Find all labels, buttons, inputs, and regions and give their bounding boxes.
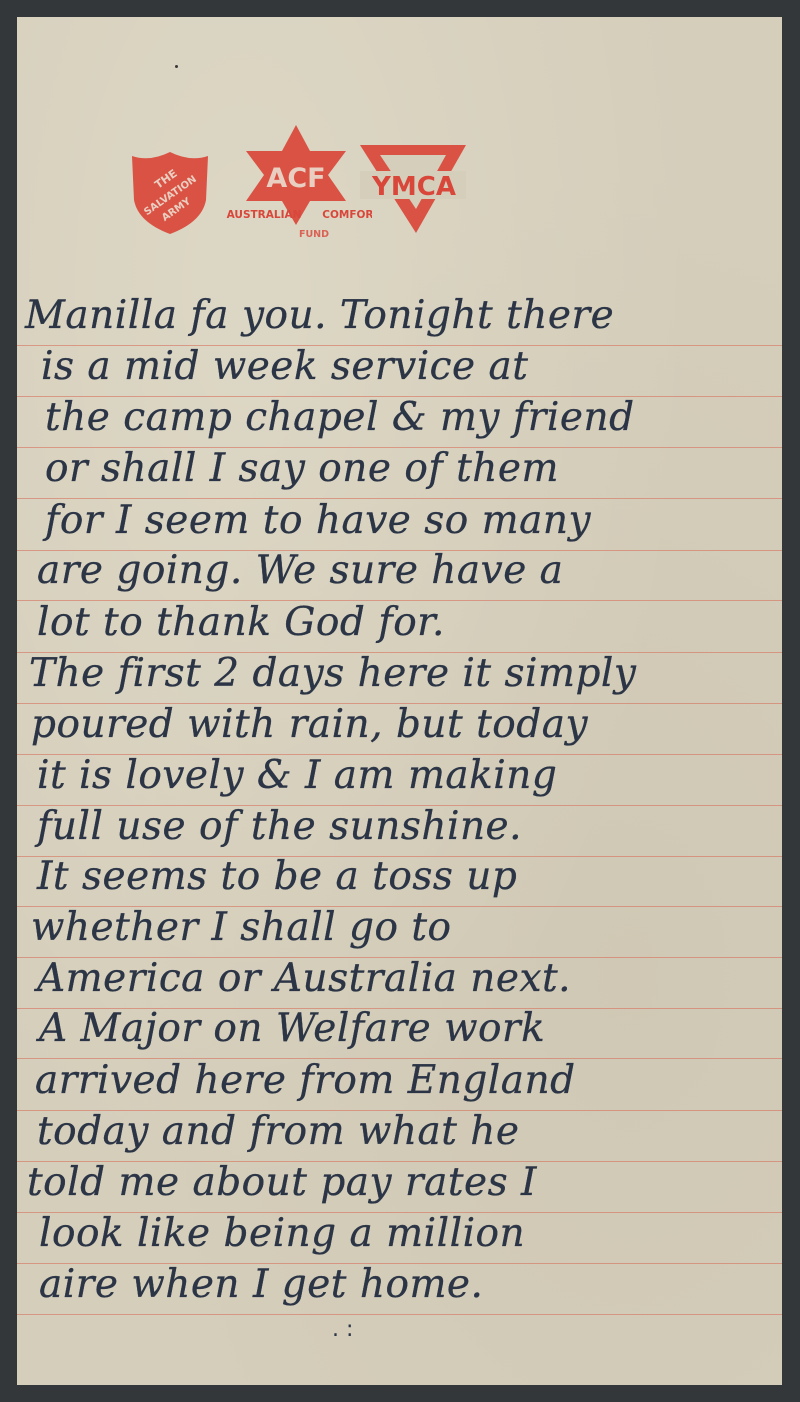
letter-line: look like being a million <box>17 1209 800 1259</box>
letter-line: A Major on Welfare work <box>17 1004 800 1054</box>
letter-line: today and from what he <box>17 1107 800 1157</box>
letter-line: The first 2 days here it simply <box>17 649 794 699</box>
ruled-line <box>17 1314 782 1315</box>
letter-line: whether I shall go to <box>17 903 796 953</box>
acf-star-icon: ACF AUSTRALIAN COMFORTS FUND <box>212 125 372 237</box>
letter-line: poured with rain, but today <box>17 700 796 750</box>
letter-line: or shall I say one of them <box>17 444 800 494</box>
letter-line: the camp chapel & my friend <box>17 393 800 443</box>
letter-line: are going. We sure have a <box>17 546 800 596</box>
letter-line: America or Australia next. <box>17 954 800 1004</box>
letter-line: lot to thank God for. <box>17 598 800 648</box>
letter-line: arrived here from England <box>17 1056 800 1106</box>
letterhead: THE SALVATION ARMY ACF AUSTRALIAN COMFOR… <box>17 17 782 257</box>
acf-bottom-text: FUND <box>299 229 329 237</box>
letter-line: it is lovely & I am making <box>17 751 800 801</box>
letter-line: is a mid week service at <box>17 342 800 392</box>
letter-line: told me about pay rates I <box>17 1158 792 1208</box>
acf-left-text: AUSTRALIAN <box>227 209 302 221</box>
letter-line: aire when I get home. <box>17 1260 800 1310</box>
letter-line: for I seem to have so many <box>17 496 800 546</box>
ymca-text: YMCA <box>371 172 456 202</box>
acf-abbr: ACF <box>266 163 325 194</box>
letter-line: Manilla fa you. Tonight there <box>17 291 790 341</box>
letter-page: THE SALVATION ARMY ACF AUSTRALIAN COMFOR… <box>17 17 782 1385</box>
ymca-triangle-icon: YMCA <box>360 145 466 235</box>
letter-line: It seems to be a toss up <box>17 852 800 902</box>
salvation-army-shield-icon: THE SALVATION ARMY <box>128 150 212 236</box>
trailing-marks: . : <box>332 1317 353 1342</box>
letter-line: full use of the sunshine. <box>17 802 800 852</box>
